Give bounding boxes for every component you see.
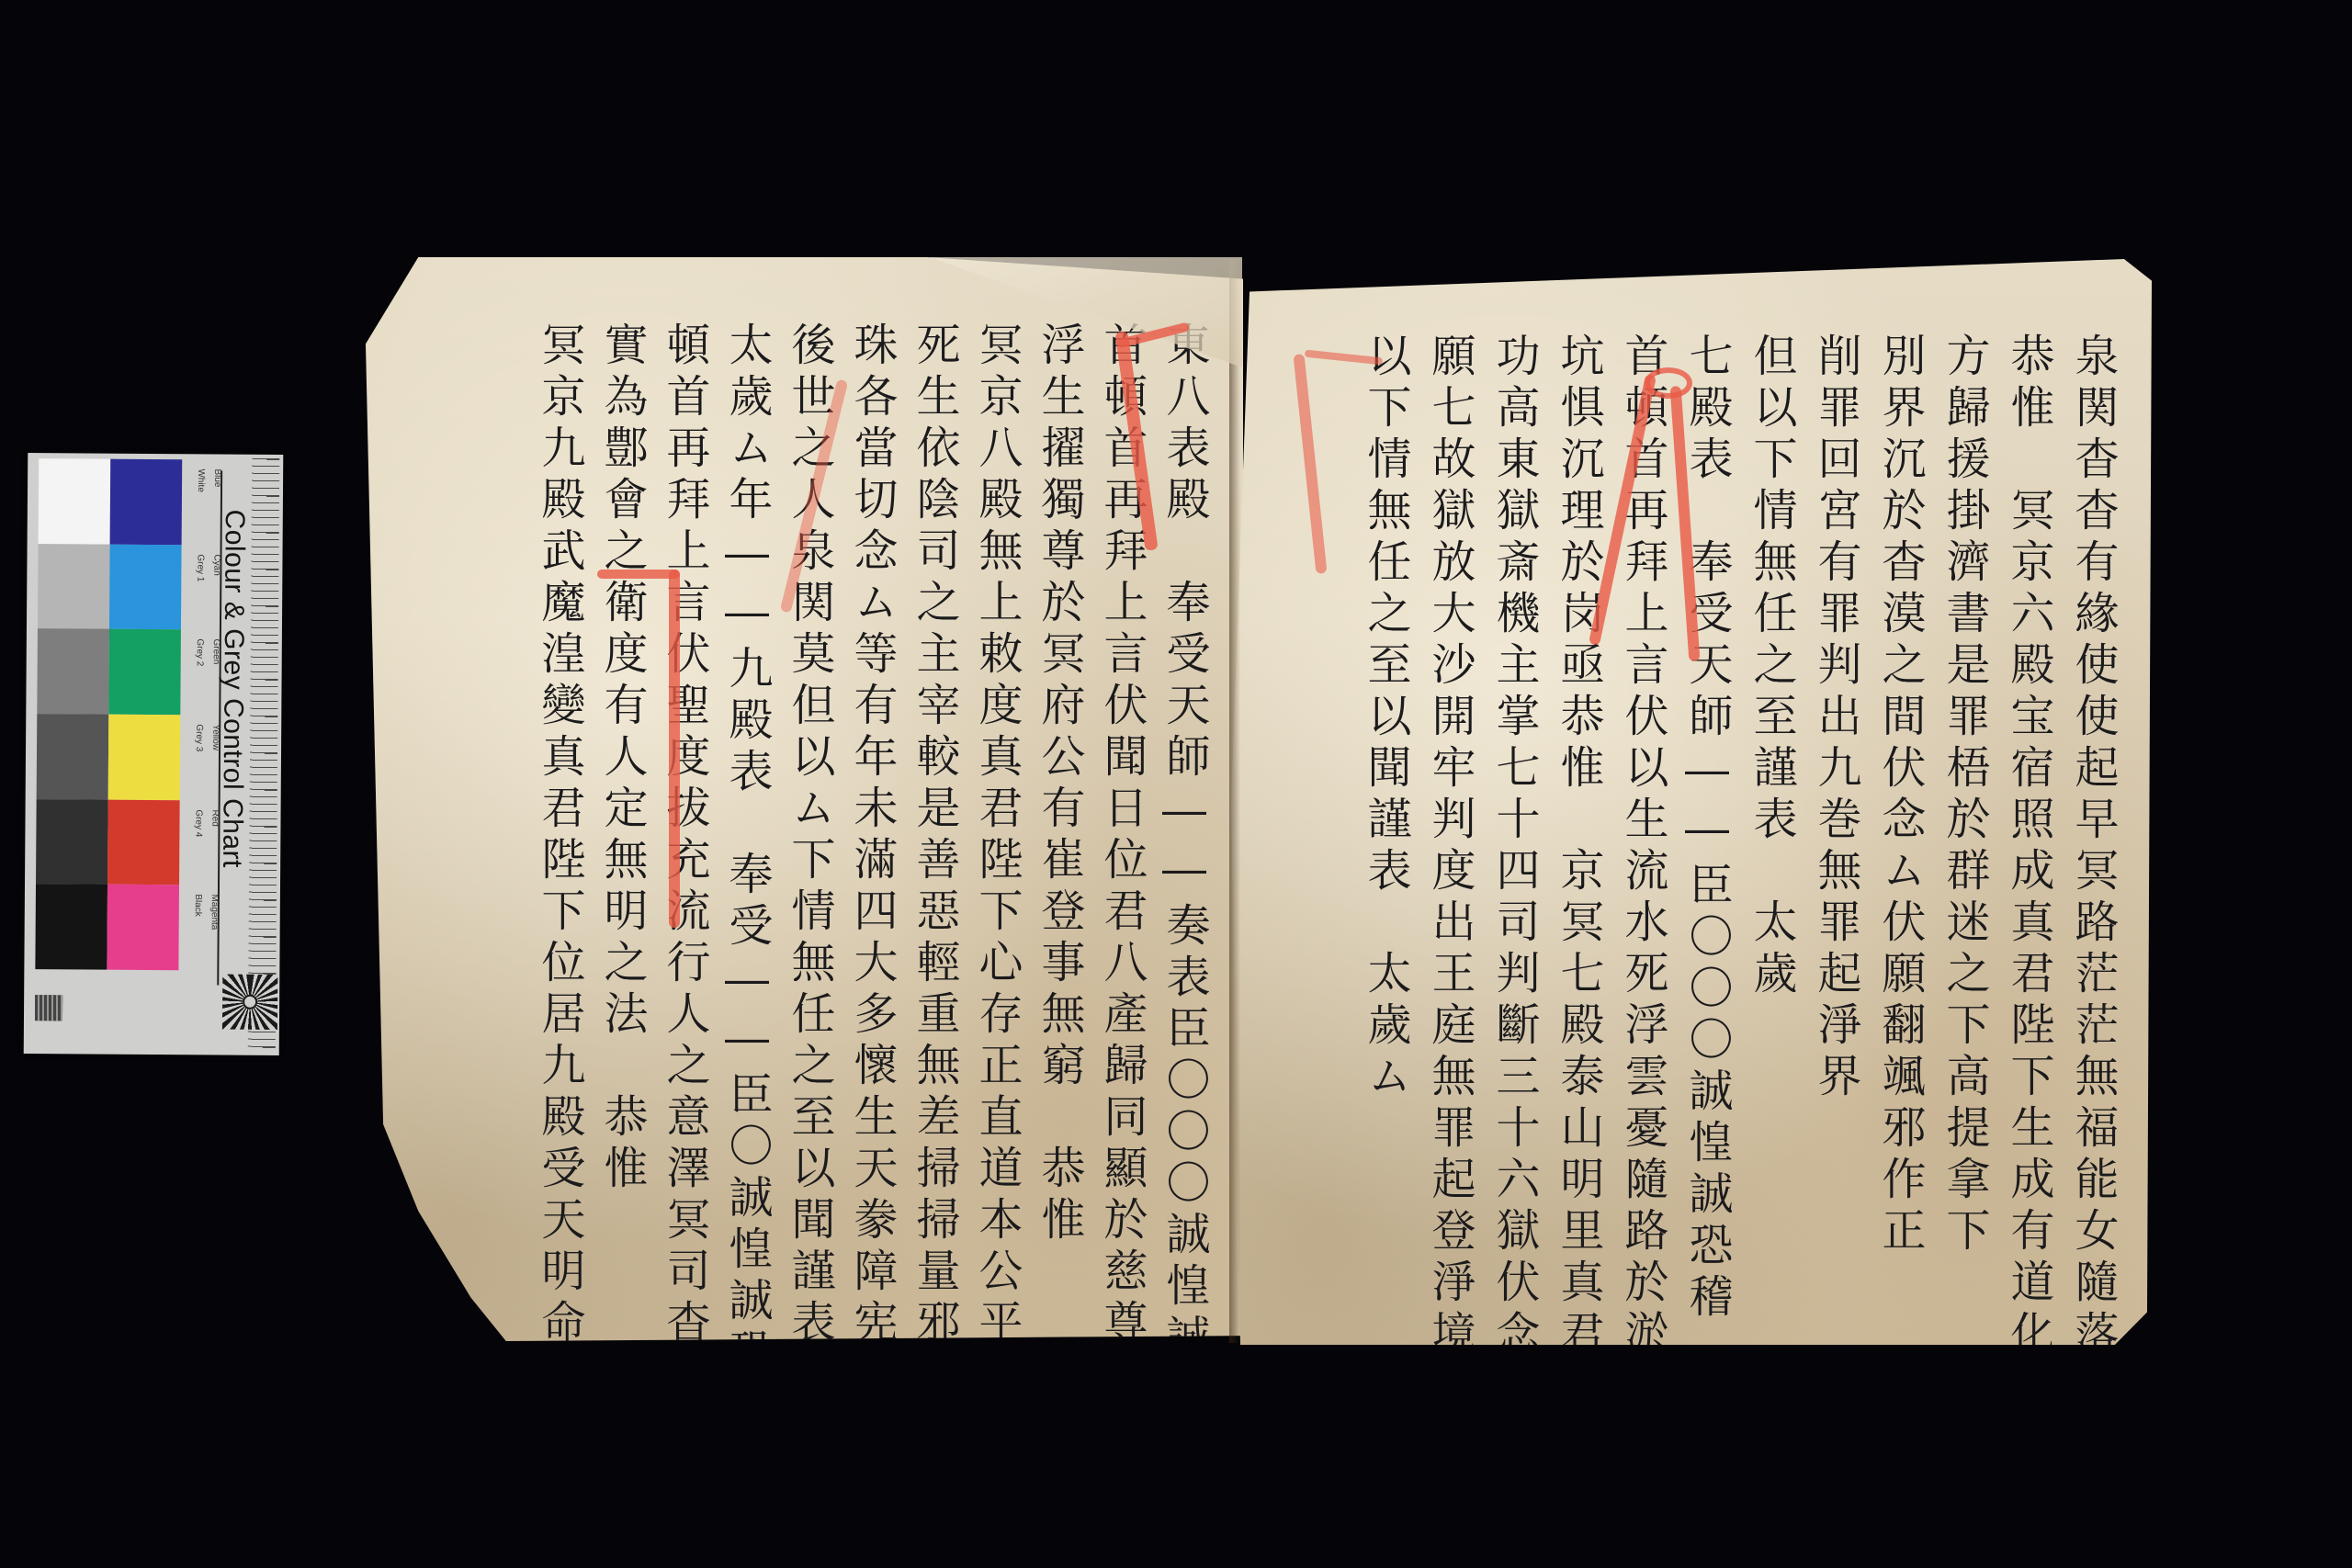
swatch-grey-3 — [37, 714, 109, 799]
text-column: 冥京八殿無上敕度真君陛下心存正直道本公平祭凡世之 — [975, 321, 1019, 1341]
manuscript-left-page: 東八表殿 奉受天師――奏表臣〇〇〇誠惶誠恐稽 首頓首再拜上言伏聞日位君八產歸同顯… — [366, 257, 1243, 1341]
swatch-red — [107, 799, 180, 885]
text-column: 死生依陰司之主宰較是善惡輕重無差掃掃量邪服 — [912, 321, 956, 1341]
swatch-cyan — [109, 544, 182, 629]
text-column: 坑惧沉理於岗亟恭惟 京冥七殿泰山明里真君陛下 — [1556, 333, 1600, 1345]
chart-title: Colour & Grey Control Chart — [216, 509, 250, 858]
label-black: Black — [186, 889, 203, 975]
text-column: 但以下情無任之至謹表 太歲 — [1749, 333, 1793, 1345]
swatch-yellow — [108, 715, 181, 800]
swatch-black — [35, 884, 107, 969]
swatch-green — [108, 629, 181, 715]
text-column: 浮生擢獨尊於冥府公有崔登事無窮 恭惟 — [1037, 321, 1081, 1341]
scan-scene: White Grey 1 Grey 2 Grey 3 Grey 4 Black … — [0, 0, 2352, 1568]
text-column: 泉関杳杳有緣使使起早冥路茫茫無福能女隨落 — [2071, 333, 2115, 1345]
text-column: 削罪回宮有罪判出九巻無罪起淨界 — [1814, 333, 1858, 1345]
text-column: 恭惟 冥京六殿宝宿照成真君陛下生成有道化無 — [2007, 333, 2051, 1345]
swatch-grid — [35, 458, 182, 970]
text-column: 冥京九殿武魔湟變真君陛下位居九殿受天明命依地 — [537, 321, 582, 1341]
swatch-magenta — [107, 885, 179, 970]
manuscript-right-page: 泉関杳杳有緣使使起早冥路茫茫無福能女隨落 恭惟 冥京六殿宝宿照成真君陛下生成有道… — [1231, 259, 2152, 1345]
swatch-grey-4 — [36, 799, 108, 885]
book-gutter — [1229, 259, 1240, 1343]
text-column: 方歸援掛濟書是罪梧於群迷之下高提拿下 — [1942, 333, 1986, 1345]
label-grey-3: Grey 3 — [187, 718, 205, 804]
swatch-grey-1 — [38, 544, 110, 629]
rubric-mark — [1645, 367, 1692, 399]
siemens-star-icon — [222, 975, 277, 1030]
swatch-white — [39, 458, 111, 544]
rubric-mark — [669, 570, 680, 928]
label-white: White — [189, 463, 207, 548]
left-page-columns: 東八表殿 奉受天師――奏表臣〇〇〇誠惶誠恐稽 首頓首再拜上言伏聞日位君八產歸同顯… — [412, 321, 1206, 1341]
text-column: 功高東獄斎機主掌七十四司判斷三十六獄伏念ム等 — [1492, 333, 1536, 1345]
label-grey-4: Grey 4 — [187, 804, 204, 889]
text-column: 以下情無任之至以聞謹表 太歲ム — [1363, 333, 1408, 1345]
text-column: 東八表殿 奉受天師――奏表臣〇〇〇誠惶誠恐稽 — [1162, 321, 1206, 1341]
barcode-icon — [35, 995, 62, 1021]
text-column: 太歲ム年――九殿表 奉受――臣〇誠惶誠恐稽 — [725, 321, 769, 1341]
text-column: 別界沉於杳漠之間伏念ム伏願翻颯邪作正 — [1878, 333, 1922, 1345]
label-grey-1: Grey 1 — [188, 548, 206, 634]
label-grey-2: Grey 2 — [187, 634, 205, 719]
text-column: 願七故獄放大沙開牢判度出王庭無罪起登淨境但 — [1428, 333, 1472, 1345]
swatch-blue — [110, 459, 183, 545]
text-column: 珠各當切念ム等有年未滿四大多懷生天豢障宪深 — [850, 321, 894, 1341]
rubric-mark — [597, 570, 680, 579]
swatch-grey-2 — [37, 628, 109, 714]
text-column: 七殿表 奉受天師――臣〇〇〇誠惶誠恐稽 — [1685, 333, 1729, 1345]
colour-control-chart: White Grey 1 Grey 2 Grey 3 Grey 4 Black … — [24, 453, 284, 1055]
text-column: 實為鄷會之衛度有人定無明之法 恭惟 — [600, 321, 644, 1341]
cm-ruler — [248, 458, 280, 1052]
